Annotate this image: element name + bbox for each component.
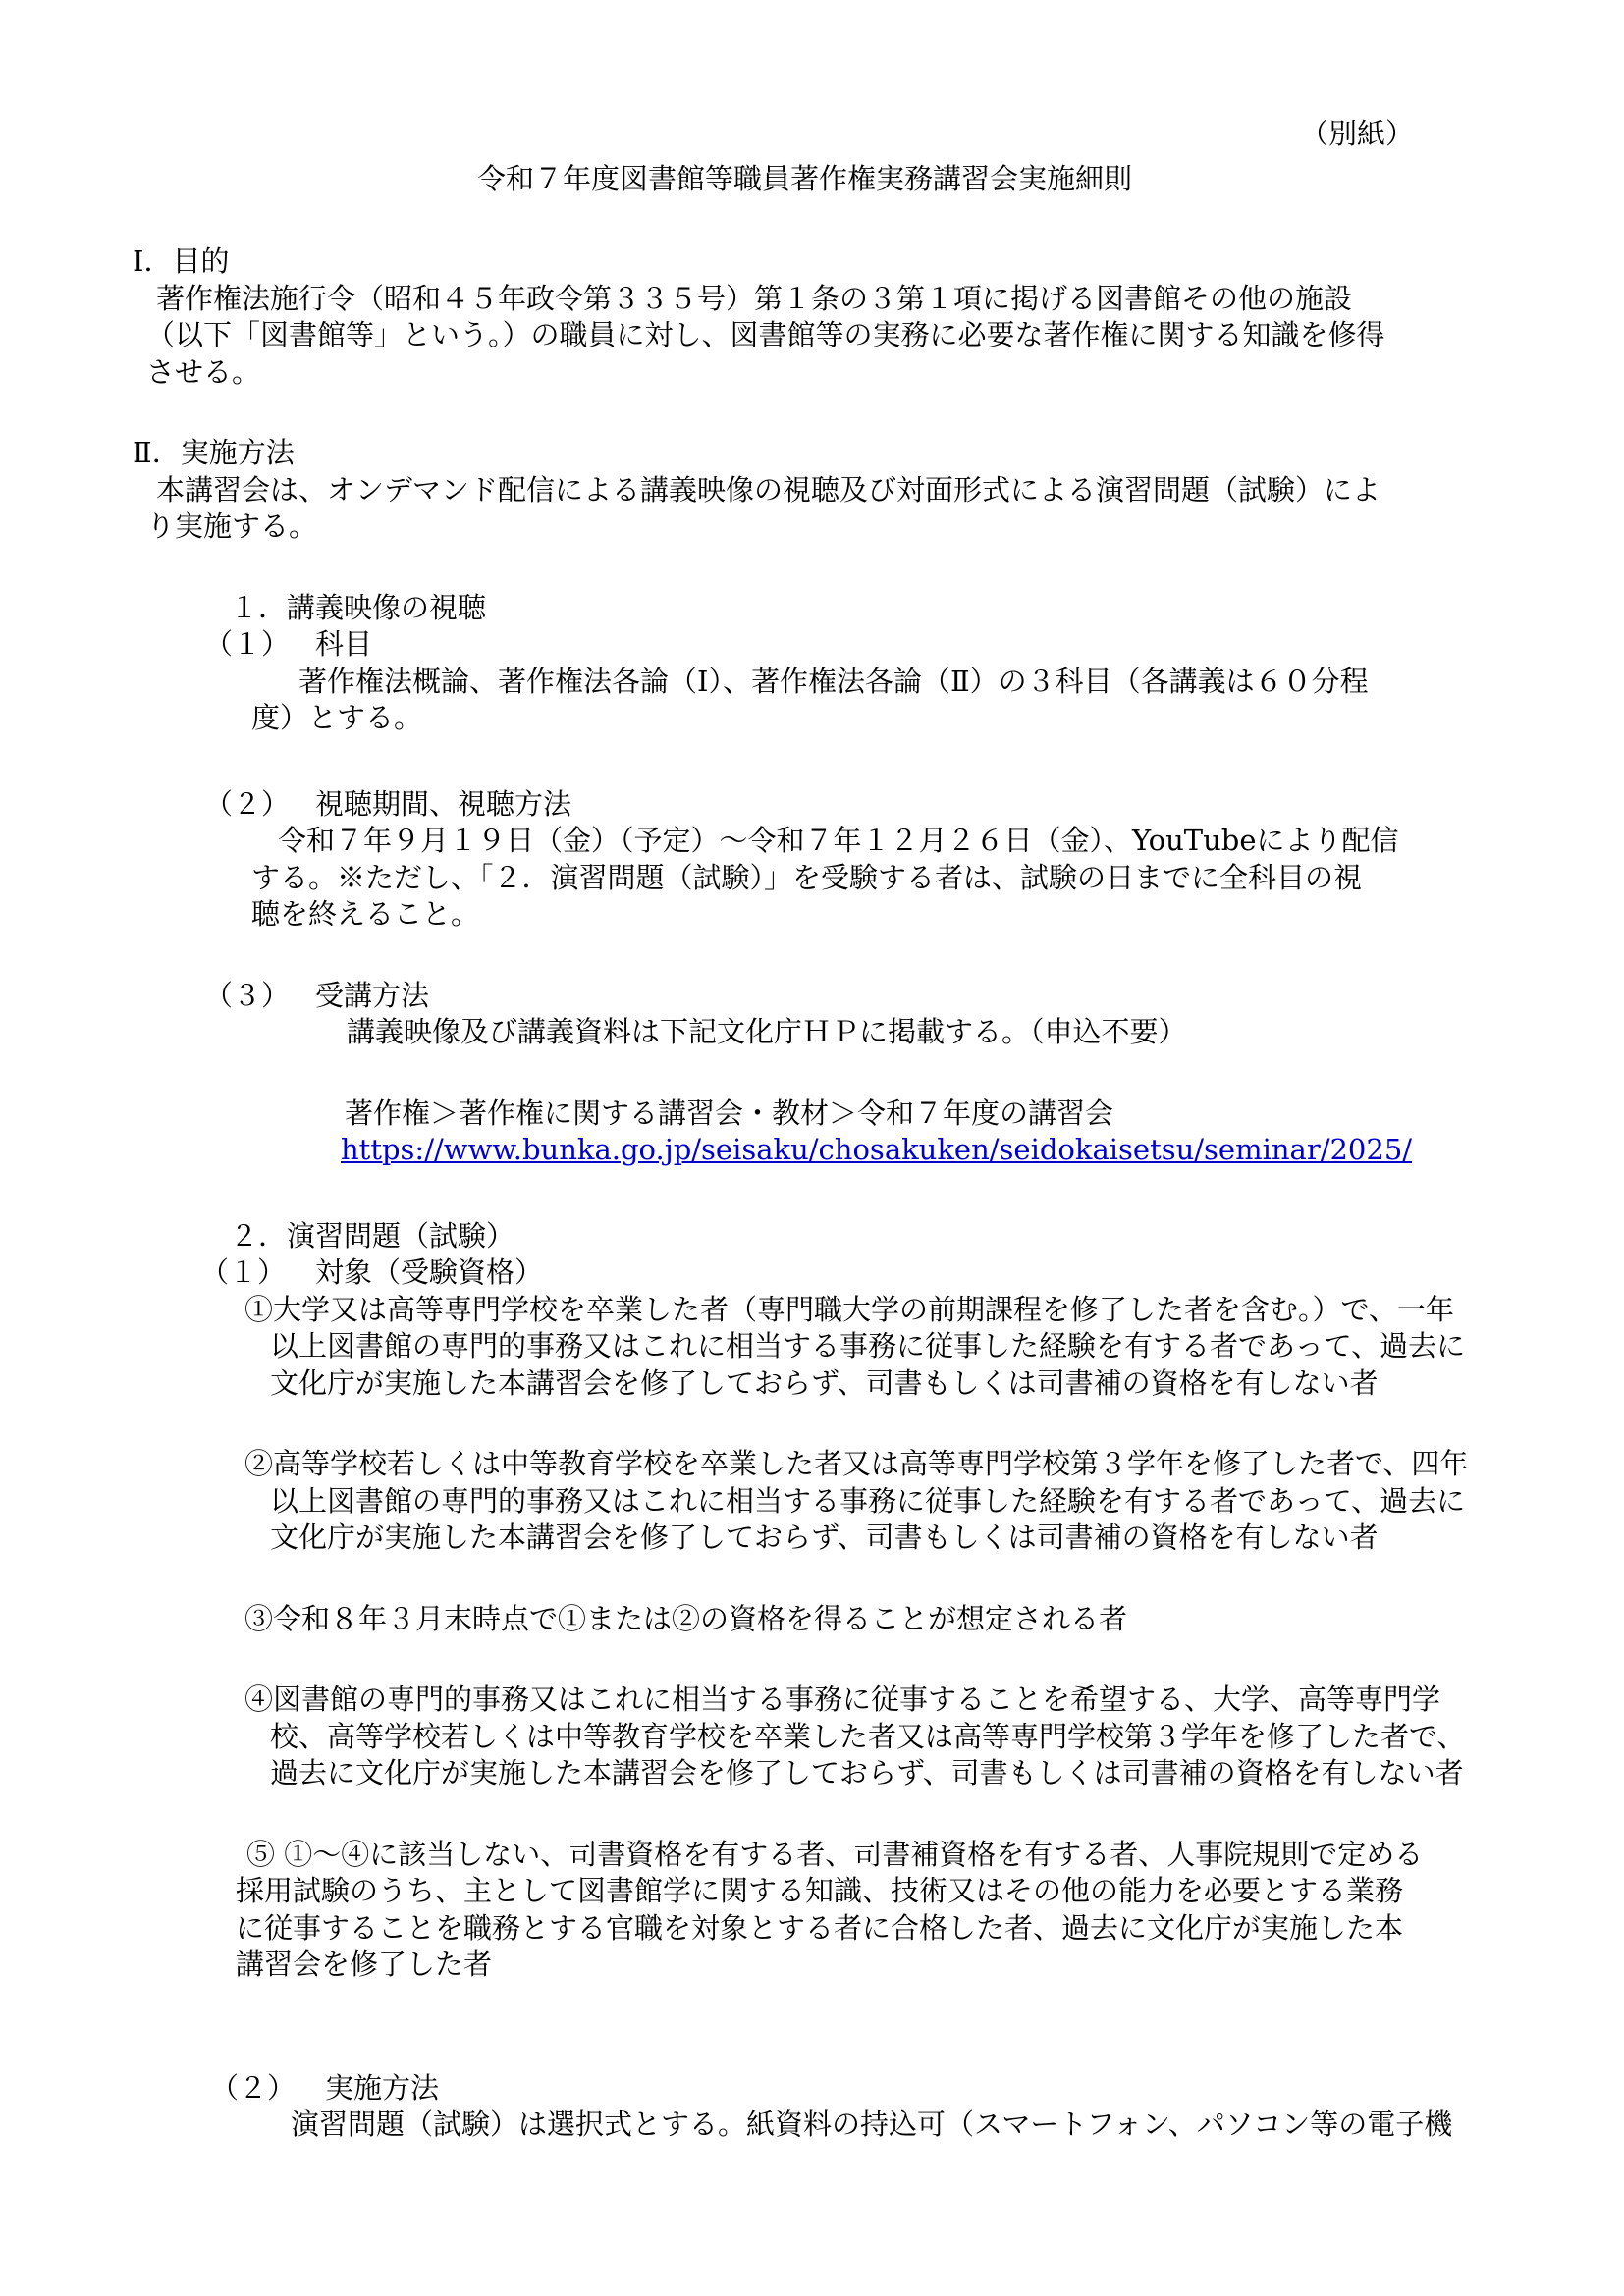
section-1-body: 著作権法施行令（昭和４５年政令第３３５号）第１条の３第１項に掲げる図書館その他の… [133, 281, 1477, 392]
attachment-annotation: （別紙） [133, 116, 1477, 153]
seminar-link[interactable]: https://www.bunka.go.jp/seisaku/chosakuk… [341, 1133, 1412, 1166]
exam-format-title: 実施方法 [325, 2070, 439, 2108]
text-line: ①大学又は高等専門学校を卒業した者（専門職大学の前期課程を修了した者を含む。）で… [244, 1292, 1477, 1329]
lecture-subjects-row: （１） 科目 [204, 626, 1477, 664]
text-line: する。※ただし、「２．演習問題（試験）」を受験する者は、試験の日までに全科目の視 [251, 860, 1477, 897]
breadcrumb: 著作権＞著作権に関する講習会・教材＞令和７年度の講習会 [345, 1095, 1477, 1133]
text-line: ③令和８年３月末時点で①または②の資格を得ることが想定される者 [244, 1601, 1477, 1638]
exam-format-body: 演習問題（試験）は選択式とする。紙資料の持込可（スマートフォン、パソコン等の電子… [133, 2107, 1477, 2144]
document-page: （別紙） 令和７年度図書館等職員著作権実務講習会実施細則 Ⅰ．目的 著作権法施行… [0, 0, 1624, 2296]
text-line: り実施する。 [146, 508, 1477, 546]
text-line: ②高等学校若しくは中等教育学校を卒業した者又は高等専門学校第３学年を修了した者で… [244, 1446, 1477, 1483]
lecture-heading: １．講義映像の視聴 [230, 590, 1477, 627]
text-line: させる。 [146, 354, 1477, 392]
lecture-subjects-label: （１） [204, 626, 290, 664]
lecture-attendance-title: 受講方法 [315, 978, 429, 1015]
text-line: 校、高等学校若しくは中等教育学校を卒業した者又は高等専門学校第３学年を修了した者… [270, 1719, 1477, 1756]
text-line: （以下「図書館等」という。）の職員に対し、図書館等の実務に必要な著作権に関する知… [146, 317, 1477, 354]
exam-heading: ２．演習問題（試験） [230, 1218, 1477, 1255]
text-line: 本講習会は、オンデマンド配信による講義映像の視聴及び対面形式による演習問題（試験… [156, 472, 1477, 509]
text-line: 文化庁が実施した本講習会を修了しておらず、司書もしくは司書補の資格を有しない者 [270, 1365, 1477, 1403]
lecture-subjects-body: 著作権法概論、著作権法各論（Ⅰ）、著作権法各論（Ⅱ）の３科目（各講義は６０分程度… [133, 664, 1477, 737]
lecture-period-body: 令和７年９月１９日（金）（予定）～令和７年１２月２６日（金）、YouTubeによ… [133, 823, 1477, 934]
text-line: 著作権法施行令（昭和４５年政令第３３５号）第１条の３第１項に掲げる図書館その他の… [156, 281, 1477, 318]
lecture-attendance-body: 講義映像及び講義資料は下記文化庁ＨＰに掲載する。（申込不要） [133, 1014, 1477, 1051]
text-line: 令和７年９月１９日（金）（予定）～令和７年１２月２６日（金）、YouTubeによ… [278, 823, 1477, 860]
lecture-attendance-row: （３） 受講方法 [204, 978, 1477, 1015]
eligibility-item-2: ②高等学校若しくは中等教育学校を卒業した者又は高等専門学校第３学年を修了した者で… [133, 1446, 1477, 1557]
section-2-heading: Ⅱ．実施方法 [133, 435, 1477, 472]
text-line: ⑤ ①～④に該当しない、司書資格を有する者、司書補資格を有する者、人事院規則で定… [246, 1837, 1477, 1874]
text-line: 以上図書館の専門的事務又はこれに相当する事務に従事した経験を有する者であって、過… [270, 1483, 1477, 1521]
lecture-subjects-title: 科目 [315, 626, 372, 664]
exam-format-label: （２） [210, 2070, 296, 2108]
section-1-heading: Ⅰ．目的 [133, 243, 1477, 281]
lecture-period-row: （２） 視聴期間、視聴方法 [204, 786, 1477, 824]
text-line: に従事することを職務とする官職を対象とする者に合格した者、過去に文化庁が実施した… [236, 1910, 1477, 1948]
eligibility-item-4: ④図書館の専門的事務又はこれに相当する事務に従事することを希望する、大学、高等専… [133, 1682, 1477, 1792]
text-line: ④図書館の専門的事務又はこれに相当する事務に従事することを希望する、大学、高等専… [244, 1682, 1477, 1719]
lecture-attendance-label: （３） [204, 978, 290, 1015]
text-line: 過去に文化庁が実施した本講習会を修了しておらず、司書もしくは司書補の資格を有しな… [270, 1755, 1477, 1792]
text-line: 以上図書館の専門的事務又はこれに相当する事務に従事した経験を有する者であって、過… [270, 1328, 1477, 1365]
page-title: 令和７年度図書館等職員著作権実務講習会実施細則 [133, 161, 1477, 198]
eligibility-item-1: ①大学又は高等専門学校を卒業した者（専門職大学の前期課程を修了した者を含む。）で… [133, 1292, 1477, 1403]
exam-eligibility-row: （１） 対象（受験資格） [200, 1255, 1477, 1292]
exam-eligibility-title: 対象（受験資格） [315, 1255, 543, 1292]
text-line: 聴を終えること。 [251, 896, 1477, 934]
text-line: 講習会を修了した者 [236, 1947, 1477, 1984]
eligibility-item-3: ③令和８年３月末時点で①または②の資格を得ることが想定される者 [133, 1601, 1477, 1638]
section-2-body: 本講習会は、オンデマンド配信による講義映像の視聴及び対面形式による演習問題（試験… [133, 472, 1477, 546]
text-line: 文化庁が実施した本講習会を修了しておらず、司書もしくは司書補の資格を有しない者 [270, 1520, 1477, 1557]
lecture-period-title: 視聴期間、視聴方法 [315, 786, 571, 824]
text-line: 演習問題（試験）は選択式とする。紙資料の持込可（スマートフォン、パソコン等の電子… [291, 2107, 1477, 2144]
exam-format-row: （２） 実施方法 [210, 2070, 1477, 2108]
text-line: 著作権法概論、著作権法各論（Ⅰ）、著作権法各論（Ⅱ）の３科目（各講義は６０分程 [298, 664, 1477, 701]
text-line: 採用試験のうち、主として図書館学に関する知識、技術又はその他の能力を必要とする業… [236, 1873, 1477, 1910]
seminar-link-line: https://www.bunka.go.jp/seisaku/chosakuk… [341, 1132, 1477, 1169]
lecture-period-label: （２） [204, 786, 290, 824]
exam-eligibility-label: （１） [200, 1255, 286, 1292]
text-line: 講義映像及び講義資料は下記文化庁ＨＰに掲載する。（申込不要） [347, 1014, 1477, 1051]
eligibility-item-5: ⑤ ①～④に該当しない、司書資格を有する者、司書補資格を有する者、人事院規則で定… [133, 1837, 1477, 1984]
text-line: 度）とする。 [251, 700, 1477, 737]
